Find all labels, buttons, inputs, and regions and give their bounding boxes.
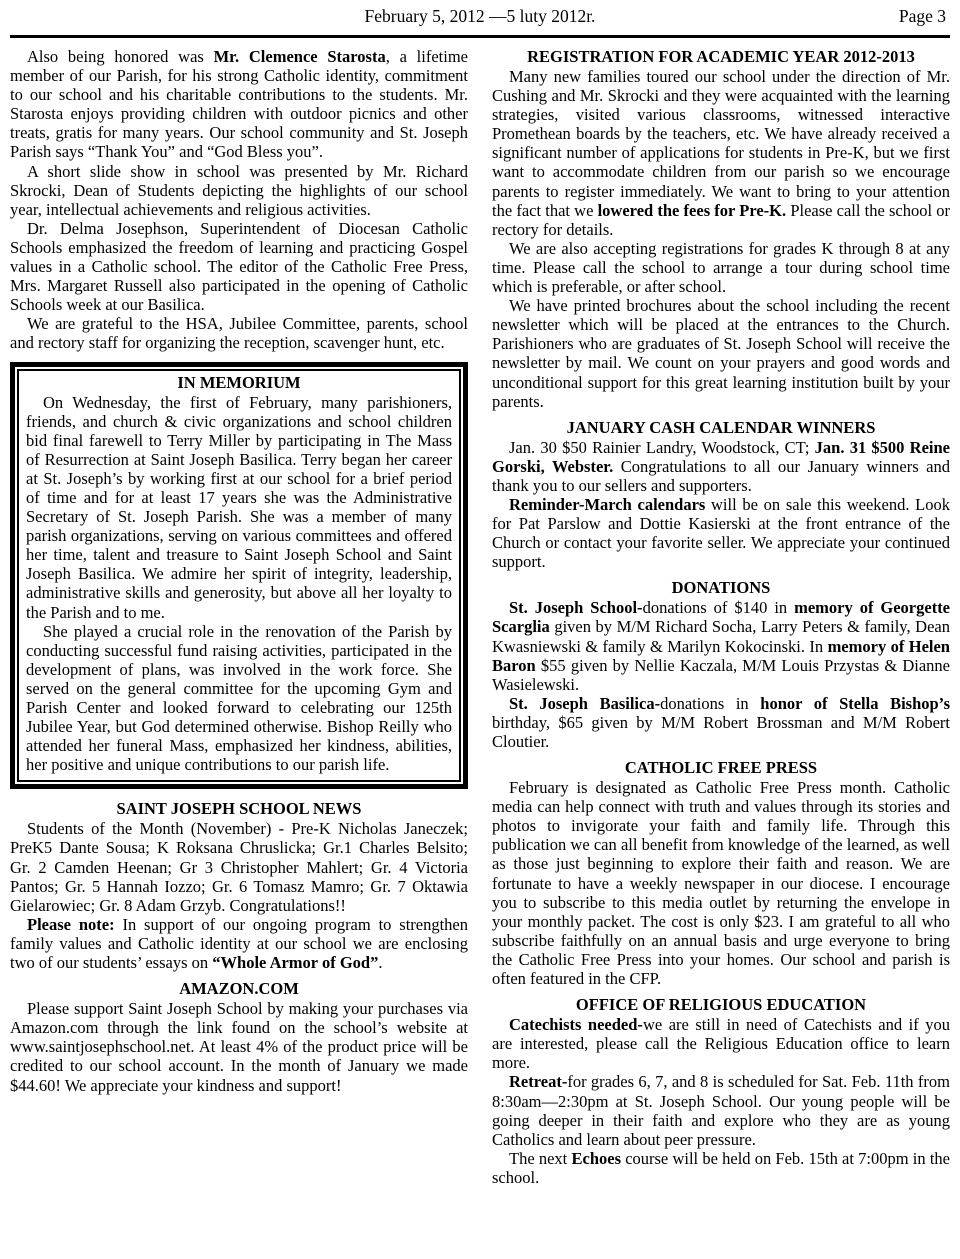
in-memorium-box: IN MEMORIUM On Wednesday, the first of F… [10, 362, 468, 790]
section-religious-education: OFFICE OF RELIGIOUS EDUCATION Catechists… [492, 995, 950, 1187]
paragraph: Please support Saint Joseph School by ma… [10, 999, 468, 1094]
left-column: Also being honored was Mr. Clemence Star… [10, 47, 468, 1187]
paragraph: St. Joseph School-donations of $140 in m… [492, 598, 950, 693]
paragraph: We have printed brochures about the scho… [492, 296, 950, 411]
two-column-layout: Also being honored was Mr. Clemence Star… [10, 47, 950, 1187]
section-registration: REGISTRATION FOR ACADEMIC YEAR 2012-2013… [492, 47, 950, 411]
section-title-cash-calendar: JANUARY CASH CALENDAR WINNERS [492, 418, 950, 438]
section-title-in-memorium: IN MEMORIUM [26, 373, 452, 393]
paragraph: Please note: In support of our ongoing p… [10, 915, 468, 972]
paragraph: The next Echoes course will be held on F… [492, 1149, 950, 1187]
paragraph: Catechists needed-we are still in need o… [492, 1015, 950, 1072]
section-title-donations: DONATIONS [492, 578, 950, 598]
section-title-registration: REGISTRATION FOR ACADEMIC YEAR 2012-2013 [492, 47, 950, 67]
paragraph: A short slide show in school was present… [10, 162, 468, 219]
paragraph: Reminder-March calendars will be on sale… [492, 495, 950, 571]
header-divider [10, 35, 950, 38]
section-honoree: Also being honored was Mr. Clemence Star… [10, 47, 468, 353]
section-catholic-free-press: CATHOLIC FREE PRESS February is designat… [492, 758, 950, 988]
in-memorium-box-inner: IN MEMORIUM On Wednesday, the first of F… [17, 369, 461, 783]
paragraph: Retreat-for grades 6, 7, and 8 is schedu… [492, 1072, 950, 1148]
paragraph: She played a crucial role in the renovat… [26, 622, 452, 775]
paragraph: Students of the Month (November) - Pre-K… [10, 819, 468, 914]
paragraph: Jan. 30 $50 Rainier Landry, Woodstock, C… [492, 438, 950, 495]
section-title-catholic-free-press: CATHOLIC FREE PRESS [492, 758, 950, 778]
section-school-news: SAINT JOSEPH SCHOOL NEWS Students of the… [10, 799, 468, 972]
header-date-line: February 5, 2012 —5 luty 2012r. [10, 6, 950, 27]
paragraph: On Wednesday, the first of February, man… [26, 393, 452, 622]
section-title-school-news: SAINT JOSEPH SCHOOL NEWS [10, 799, 468, 819]
paragraph: We are grateful to the HSA, Jubilee Comm… [10, 314, 468, 352]
page-header: February 5, 2012 —5 luty 2012r. Page 3 [10, 6, 950, 32]
section-amazon: AMAZON.COM Please support Saint Joseph S… [10, 979, 468, 1094]
paragraph: February is designated as Catholic Free … [492, 778, 950, 988]
paragraph: We are also accepting registrations for … [492, 239, 950, 296]
section-cash-calendar: JANUARY CASH CALENDAR WINNERS Jan. 30 $5… [492, 418, 950, 572]
bulletin-page: February 5, 2012 —5 luty 2012r. Page 3 A… [0, 0, 960, 1259]
section-donations: DONATIONS St. Joseph School-donations of… [492, 578, 950, 751]
right-column: REGISTRATION FOR ACADEMIC YEAR 2012-2013… [492, 47, 950, 1187]
section-title-amazon: AMAZON.COM [10, 979, 468, 999]
paragraph: Many new families toured our school unde… [492, 67, 950, 239]
page-number: Page 3 [899, 6, 946, 27]
paragraph: Dr. Delma Josephson, Superintendent of D… [10, 219, 468, 314]
section-title-religious-education: OFFICE OF RELIGIOUS EDUCATION [492, 995, 950, 1015]
paragraph: Also being honored was Mr. Clemence Star… [10, 47, 468, 162]
paragraph: St. Joseph Basilica-donations in honor o… [492, 694, 950, 751]
